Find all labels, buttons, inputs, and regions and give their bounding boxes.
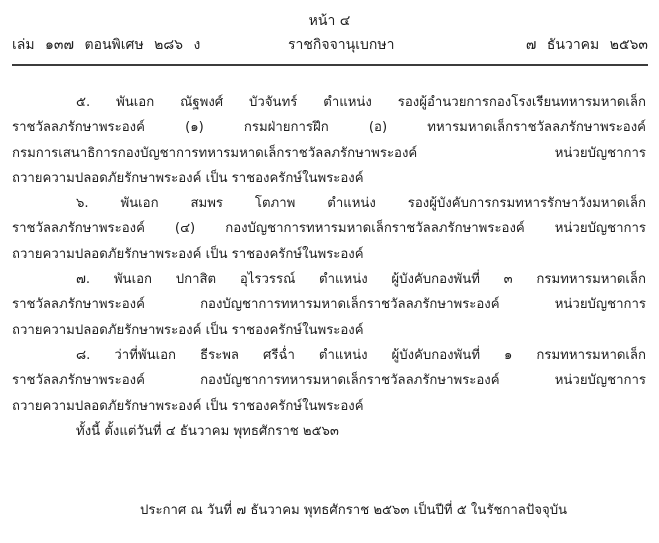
item-5: ๕. พันเอก ณัฐพงศ์ บัวจันทร์ ตำแหน่ง รองผ… [12,90,646,191]
header-rule [12,64,648,66]
item-line: ราชวัลลภรักษาพระองค์ กองบัญชาการทหารมหาด… [12,292,646,317]
gazette-header: เล่ม ๑๓๗ ตอนพิเศษ ๒๘๖ ง ราชกิจจานุเบกษา … [12,34,648,56]
page-number: หน้า ๔ [0,10,659,32]
item-line: ราชวัลลภรักษาพระองค์ กองบัญชาการทหารมหาด… [12,368,646,393]
issue-date: ๗ ธันวาคม ๒๕๖๓ [526,34,648,56]
item-line: ถวายความปลอดภัยรักษาพระองค์ เป็น ราชองคร… [12,318,646,343]
item-line: ถวายความปลอดภัยรักษาพระองค์ เป็น ราชองคร… [12,166,646,191]
publication-title: ราชกิจจานุเบกษา [288,34,394,56]
item-8: ๘. ว่าที่พันเอก ธีระพล ศรีฉ่ำ ตำแหน่ง ผู… [12,343,646,419]
item-6: ๖. พันเอก สมพร โตภาพ ตำแหน่ง รองผู้บังคั… [12,191,646,267]
proclamation-closing: ประกาศ ณ วันที่ ๗ ธันวาคม พุทธศักราช ๒๕๖… [140,499,567,520]
item-line: ราชวัลลภรักษาพระองค์ (๑) กรมฝ่ายการฝึก (… [12,115,646,140]
item-line: ๗. พันเอก ปกาสิต อุไรวรรณ์ ตำแหน่ง ผู้บั… [12,267,646,292]
volume-info: เล่ม ๑๓๗ ตอนพิเศษ ๒๘๖ ง [12,34,200,56]
item-line: ถวายความปลอดภัยรักษาพระองค์ เป็น ราชองคร… [12,394,646,419]
item-line: กรมการเสนาธิการกองบัญชาการทหารมหาดเล็กรา… [12,141,646,166]
item-line: ๕. พันเอก ณัฐพงศ์ บัวจันทร์ ตำแหน่ง รองผ… [12,90,646,115]
item-7: ๗. พันเอก ปกาสิต อุไรวรรณ์ ตำแหน่ง ผู้บั… [12,267,646,343]
item-line: ๘. ว่าที่พันเอก ธีระพล ศรีฉ่ำ ตำแหน่ง ผู… [12,343,646,368]
document-body: ๕. พันเอก ณัฐพงศ์ บัวจันทร์ ตำแหน่ง รองผ… [12,90,646,444]
effective-line: ทั้งนี้ ตั้งแต่วันที่ ๔ ธันวาคม พุทธศักร… [12,419,646,444]
effective-date: ทั้งนี้ ตั้งแต่วันที่ ๔ ธันวาคม พุทธศักร… [12,419,646,444]
item-line: ๖. พันเอก สมพร โตภาพ ตำแหน่ง รองผู้บังคั… [12,191,646,216]
item-line: ราชวัลลภรักษาพระองค์ (๔) กองบัญชาการทหาร… [12,216,646,241]
item-line: ถวายความปลอดภัยรักษาพระองค์ เป็น ราชองคร… [12,242,646,267]
